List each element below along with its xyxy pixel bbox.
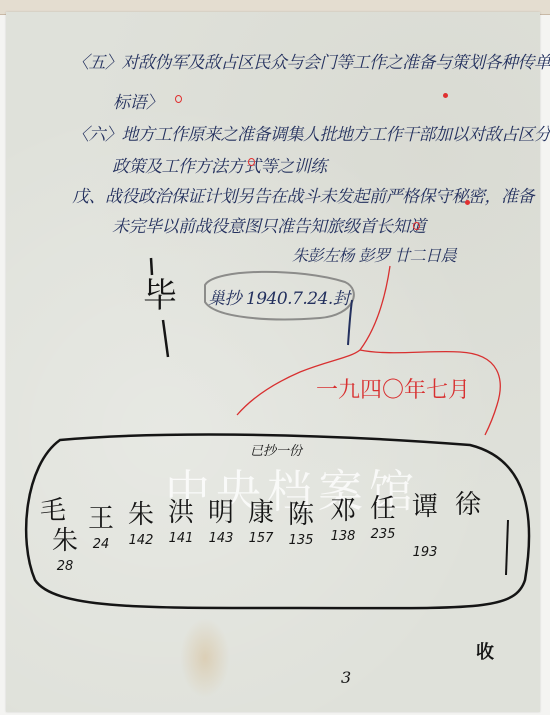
annotation-strokes xyxy=(0,0,550,715)
list-item: 洪 141 xyxy=(168,492,194,546)
list-item: 康 157 xyxy=(248,492,274,546)
list-item: 任 235 xyxy=(370,488,396,542)
recipient-name: 明 xyxy=(208,492,234,529)
recipient-name: 洪 xyxy=(168,492,194,529)
page-number: 3 xyxy=(341,668,351,687)
list-item: 陈 135 xyxy=(288,494,314,548)
recipient-name: 陈 xyxy=(288,494,314,531)
recipient-number: 135 xyxy=(288,533,314,548)
list-item: 明 143 xyxy=(208,492,234,546)
recipient-name: 任 xyxy=(370,488,396,525)
recipient-name: 朱 xyxy=(128,494,154,531)
list-item: 徐 xyxy=(455,484,481,523)
recipient-name: 徐 xyxy=(455,484,481,521)
list-item: 王 24 xyxy=(88,498,114,552)
recipient-number: 157 xyxy=(248,531,274,546)
list-item: 朱 28 xyxy=(52,520,78,574)
recipient-number: 235 xyxy=(370,527,396,542)
recipient-number: 141 xyxy=(168,531,194,546)
recipient-number: 143 xyxy=(208,531,234,546)
recipient-name: 康 xyxy=(248,492,274,529)
recipient-number: 138 xyxy=(330,529,356,544)
recipient-name: 谭 xyxy=(412,486,438,523)
list-item: 邓 138 xyxy=(330,490,356,544)
recipient-name: 邓 xyxy=(330,490,356,527)
recipient-number: 24 xyxy=(88,537,114,552)
recipient-number: 193 xyxy=(412,545,438,560)
recipient-name: 王 xyxy=(88,498,114,535)
received-mark: 收 xyxy=(476,638,494,664)
list-item: 谭 193 xyxy=(412,486,438,560)
recipient-number: 28 xyxy=(52,559,78,574)
list-item: 朱 142 xyxy=(128,494,154,548)
distribution-list: 毛 朱 28 王 24 朱 142 洪 141 明 143 康 157 陈 13… xyxy=(40,490,510,580)
pencil-circle xyxy=(205,272,354,320)
recipient-name: 朱 xyxy=(52,520,78,557)
recipient-number: 142 xyxy=(128,533,154,548)
